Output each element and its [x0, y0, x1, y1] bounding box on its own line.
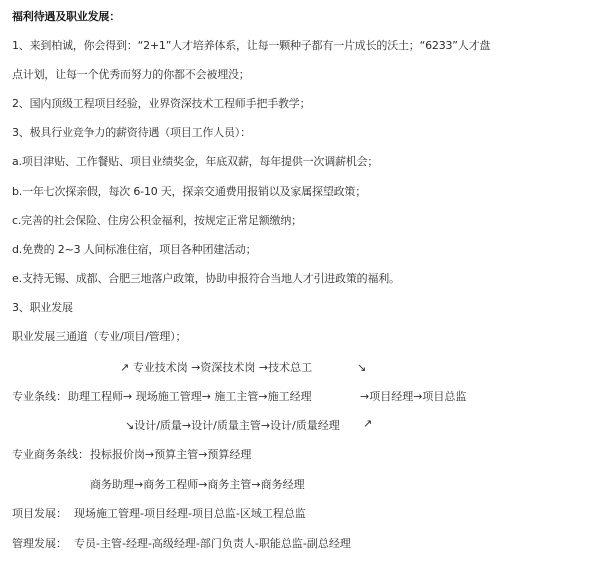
paragraph-line: d.免费的 2~3 人间标准住宿，项目各种团建活动；: [12, 243, 257, 257]
paragraph-line: 职业发展三通道（专业/项目/管理）；: [12, 330, 186, 344]
business-track-label: 专业商务条线：: [12, 446, 89, 462]
business-track-path: 投标报价岗→预算主管→预算经理: [90, 446, 251, 462]
paragraph-line: e.支持无锡、成都、合肥三地落户政策，协助申报符合当地人才引进政策的福利。: [12, 272, 400, 286]
main-track-path: 助理工程师→ 现场施工管理→ 施工主管→施工经理: [68, 388, 312, 404]
project-track-label: 项目发展：: [12, 505, 67, 521]
project-track-path: 现场施工管理-项目经理-项目总监-区域工程总监: [74, 505, 306, 521]
main-track-label: 专业条线：: [12, 388, 67, 404]
paragraph-line: b.一年七次探亲假，每次 6-10 天，探亲交通费用报销以及家属探望政策；: [12, 185, 366, 199]
main-track-tail: →项目经理→项目总监: [360, 388, 466, 404]
section-heading: 福利待遇及职业发展：: [12, 10, 120, 24]
upper-branch-path: ↗ 专业技术岗 →资深技术岗 →技术总工: [120, 359, 312, 375]
management-track-path: 专员-主管-经理-高级经理-部门负责人-职能总监-副总经理: [74, 535, 351, 551]
paragraph-line: 1、来到柏诚，你会得到：“2+1”人才培养体系，让每一颗种子都有一片成长的沃土；…: [12, 39, 490, 53]
management-track-label: 管理发展：: [12, 535, 67, 551]
paragraph-line: 3、极具行业竞争力的薪资待遇（项目工作人员）：: [12, 126, 251, 140]
paragraph-line: c.完善的社会保险、住房公积金福利，按规定正常足额缴纳；: [12, 214, 302, 228]
lower-branch-arrow-icon: ↗: [363, 417, 372, 430]
paragraph-line: 2、国内顶级工程项目经验，业界资深技术工程师手把手教学；: [12, 97, 310, 111]
paragraph-line: 点计划，让每一个优秀而努力的你都不会被埋没；: [12, 68, 250, 82]
business-track-path-secondary: 商务助理→商务工程师→商务主管→商务经理: [90, 476, 305, 492]
paragraph-line: a.项目津贴、工作餐贴、项目业绩奖金，年底双薪，每年提供一次调薪机会；: [12, 155, 378, 169]
lower-branch-path: ↘设计/质量→设计/质量主管→设计/质量经理: [125, 417, 340, 433]
section-subheading: 3、职业发展: [12, 301, 73, 315]
upper-branch-arrow-icon: ↘: [357, 361, 366, 374]
